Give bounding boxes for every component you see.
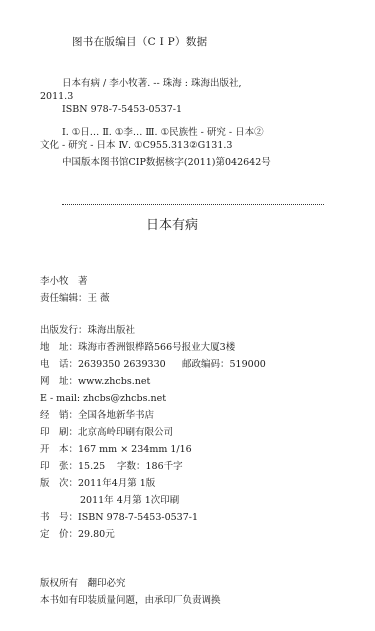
pub-label: 电 话： [40,359,78,370]
pub-row-isbn: 书 号：ISBN 978-7-5453-0537-1 [40,512,198,524]
author-line: 李小牧 著 [40,276,88,288]
pub-label: 网 址： [40,376,78,387]
pub-label: 印 张： [40,461,78,472]
postcode-value: 519000 [230,359,266,370]
pub-row-distributor: 经 销：全国各地新华书店 [40,410,154,422]
cip-catalog-number: 中国版本图书馆CIP数据核字(2011)第042642号 [62,157,271,169]
pub-value: 珠海出版社 [88,325,136,336]
cip-entry-line2: 2011.3 [40,91,73,103]
editor-line: 责任编辑：王 薇 [40,293,110,305]
pub-value: 2011年4月第 1版 [78,478,155,489]
pub-row-email: E - mail: zhcbs@zhcbs.net [40,393,166,405]
pub-value: 珠海市香洲银桦路566号报业大厦3楼 [78,342,235,353]
book-title: 日本有病 [146,220,198,232]
postcode-label: 邮政编码： [182,359,230,370]
pub-row-printer: 印 刷：北京高岭印刷有限公司 [40,427,173,439]
pub-row-publisher: 出版发行：珠海出版社 [40,325,135,337]
pub-label: 开 本： [40,444,78,455]
pub-label: 地 址： [40,342,78,353]
pub-value: ISBN 978-7-5453-0537-1 [78,512,198,523]
pub-label: 印 刷： [40,427,78,438]
pub-value: 15.25 [78,461,105,472]
pub-value: 全国各地新华书店 [78,410,154,421]
pub-row-format: 开 本：167 mm × 234mm 1/16 [40,444,192,456]
pub-value: 2639350 2639330 [78,359,166,370]
cip-entry-line1: 日本有病 / 李小牧著. -- 珠海 : 珠海出版社, [62,78,241,90]
pub-label: 经 销： [40,410,78,421]
pub-value: zhcbs@zhcbs.net [83,393,166,404]
editor-name: 王 薇 [88,293,110,304]
wordcount-value: 186千字 [146,461,183,472]
cip-subject-line1: Ⅰ. ①日… Ⅱ. ①李… Ⅲ. ①民族性 - 研究 - 日本② [62,127,264,139]
pub-label: 定 价： [40,529,78,540]
pub-value: 29.80元 [78,529,115,540]
pub-row-wordcount: 字数：186千字 [117,461,183,473]
misprint-notice: 本书如有印装质量问题，由承印厂负责调换 [40,595,221,607]
pub-label: E - mail: [40,393,83,404]
pub-row-website: 网 址：www.zhcbs.net [40,376,150,388]
pub-row-printing: 2011年 4月第 1次印刷 [80,495,179,507]
copyright-notice: 版权所有 翻印必究 [40,578,126,590]
pub-value: 北京高岭印刷有限公司 [78,427,173,438]
pub-row-postcode: 邮政编码：519000 [182,359,266,371]
pub-row-sheets: 印 张：15.25 [40,461,105,473]
cip-heading: 图书在版编目（C I P）数据 [72,36,207,48]
wordcount-label: 字数： [117,461,146,472]
pub-value: 2011年 4月第 1次印刷 [80,495,179,506]
pub-row-price: 定 价：29.80元 [40,529,115,541]
pub-row-phone: 电 话：2639350 2639330 [40,359,166,371]
pub-value: www.zhcbs.net [78,376,150,387]
pub-value: 167 mm × 234mm 1/16 [78,444,192,455]
cip-subject-line2: 文化 - 研究 - 日本 Ⅳ. ①C955.313②G131.3 [40,140,232,152]
dotted-divider [62,204,324,205]
pub-row-edition: 版 次：2011年4月第 1版 [40,478,155,490]
cip-isbn: ISBN 978-7-5453-0537-1 [62,104,182,116]
pub-row-address: 地 址：珠海市香洲银桦路566号报业大厦3楼 [40,342,235,354]
editor-label: 责任编辑： [40,293,88,304]
pub-label: 版 次： [40,478,78,489]
pub-label: 书 号： [40,512,78,523]
pub-label: 出版发行： [40,325,88,336]
